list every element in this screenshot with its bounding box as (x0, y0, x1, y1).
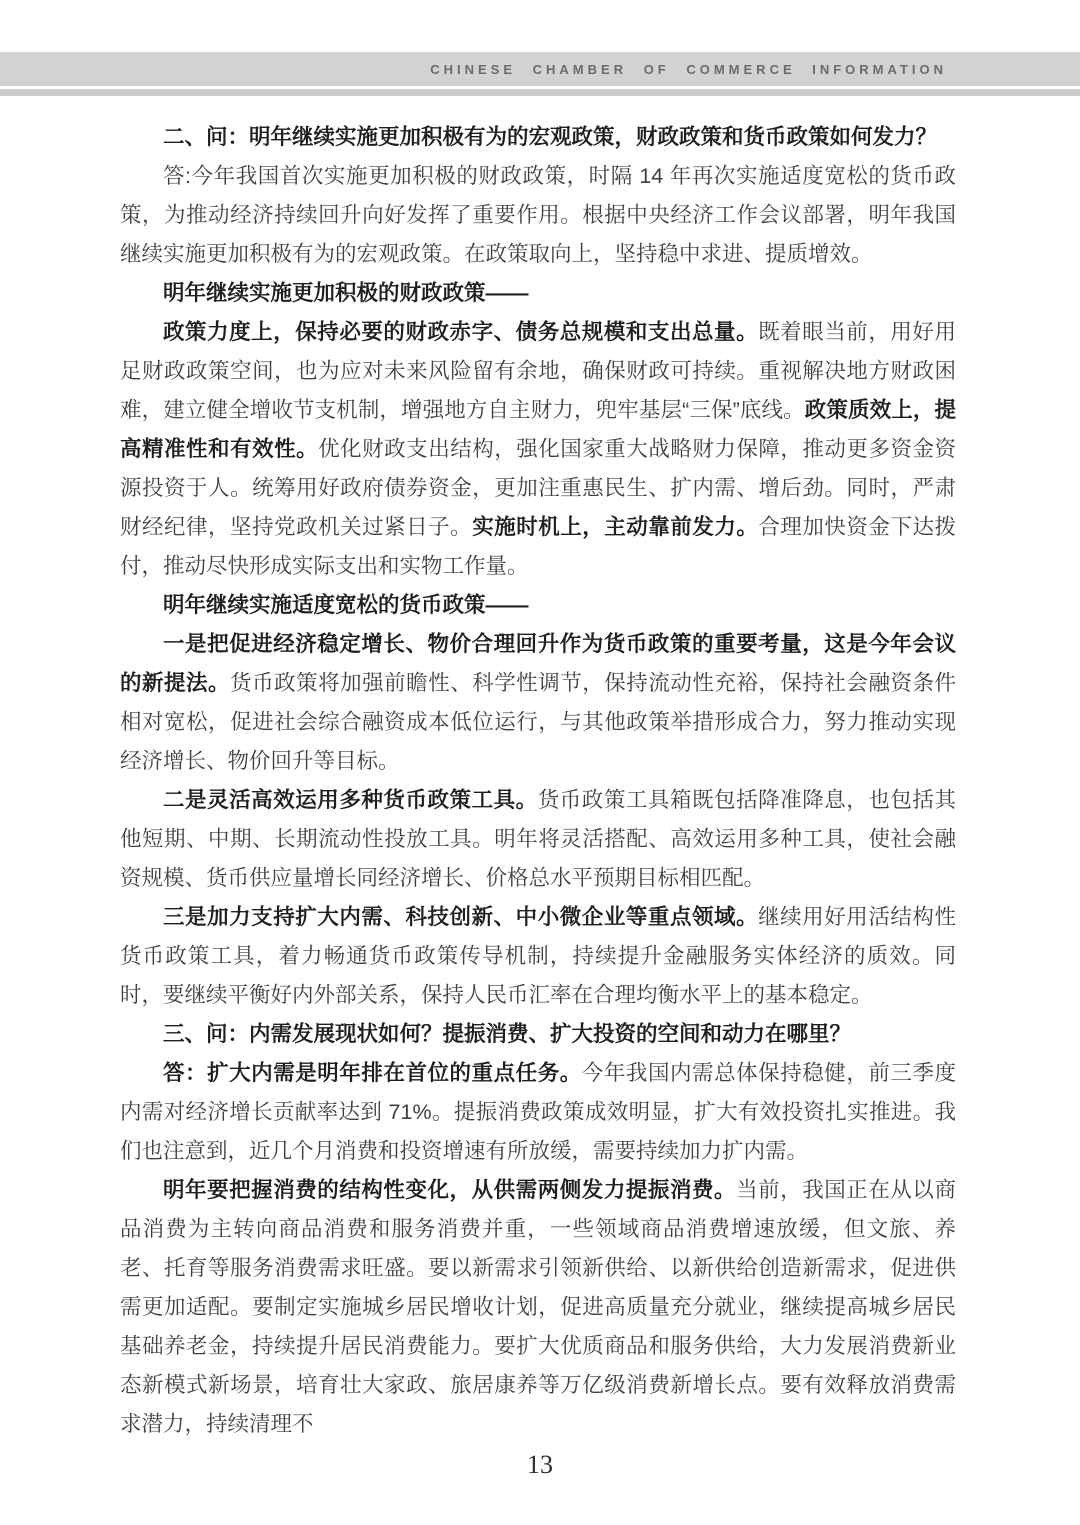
bold-text-run: 明年继续实施更加积极的财政政策—— (163, 281, 529, 305)
bold-text-run: 三是加力支持扩大内需、科技创新、中小微企业等重点领域。 (163, 905, 758, 929)
paragraph: 明年继续实施适度宽松的货币政策—— (120, 586, 956, 625)
paragraph: 三是加力支持扩大内需、科技创新、中小微企业等重点领域。继续用好用活结构性货币政策… (120, 898, 956, 1015)
document-body: 二、问：明年继续实施更加积极有为的宏观政策，财政政策和货币政策如何发力？答:今年… (120, 118, 956, 1444)
paragraph: 一是把促进经济稳定增长、物价合理回升作为货币政策的重要考量，这是今年会议的新提法… (120, 625, 956, 781)
header-banner-text: CHINESE CHAMBER OF COMMERCE INFORMATION (430, 62, 947, 77)
bold-text-run: 实施时机上，主动靠前发力。 (472, 515, 758, 539)
bold-text-run: 二、问：明年继续实施更加积极有为的宏观政策，财政政策和货币政策如何发力？ (163, 125, 937, 149)
document-page: { "header": { "banner_text": "CHINESE CH… (0, 0, 1080, 1525)
paragraph: 明年要把握消费的结构性变化，从供需两侧发力提振消费。当前，我国正在从以商品消费为… (120, 1171, 956, 1444)
bold-text-run: 明年要把握消费的结构性变化，从供需两侧发力提振消费。 (163, 1178, 736, 1202)
text-run: 货币政策将加强前瞻性、科学性调节，保持流动性充裕，保持社会融资条件相对宽松，促进… (120, 671, 956, 773)
paragraph: 政策力度上，保持必要的财政赤字、债务总规模和支出总量。既着眼当前，用好用足财政政… (120, 313, 956, 586)
bold-text-run: 三、问：内需发展现状如何？提振消费、扩大投资的空间和动力在哪里？ (163, 1022, 851, 1046)
bold-text-run: 答：扩大内需是明年排在首位的重点任务。 (163, 1061, 582, 1085)
paragraph: 答:今年我国首次实施更加积极的财政政策，时隔 14 年再次实施适度宽松的货币政策… (120, 157, 956, 274)
paragraph: 二、问：明年继续实施更加积极有为的宏观政策，财政政策和货币政策如何发力？ (120, 118, 956, 157)
header-band: CHINESE CHAMBER OF COMMERCE INFORMATION (0, 52, 1080, 86)
text-run: 答:今年我国首次实施更加积极的财政政策，时隔 14 年再次实施适度宽松的货币政策… (120, 164, 956, 266)
header-stripe (0, 89, 1080, 96)
paragraph: 答：扩大内需是明年排在首位的重点任务。今年我国内需总体保持稳健，前三季度内需对经… (120, 1054, 956, 1171)
page-number: 13 (527, 1450, 553, 1479)
bold-text-run: 明年继续实施适度宽松的货币政策—— (163, 593, 529, 617)
bold-text-run: 二是灵活高效运用多种货币政策工具。 (163, 788, 538, 812)
paragraph: 明年继续实施更加积极的财政政策—— (120, 274, 956, 313)
paragraph: 二是灵活高效运用多种货币政策工具。货币政策工具箱既包括降准降息，也包括其他短期、… (120, 781, 956, 898)
page-footer: 13 (0, 1450, 1080, 1480)
text-run: 当前，我国正在从以商品消费为主转向商品消费和服务消费并重，一些领域商品消费增速放… (120, 1178, 956, 1436)
paragraph: 三、问：内需发展现状如何？提振消费、扩大投资的空间和动力在哪里？ (120, 1015, 956, 1054)
bold-text-run: 政策力度上，保持必要的财政赤字、债务总规模和支出总量。 (163, 320, 758, 344)
